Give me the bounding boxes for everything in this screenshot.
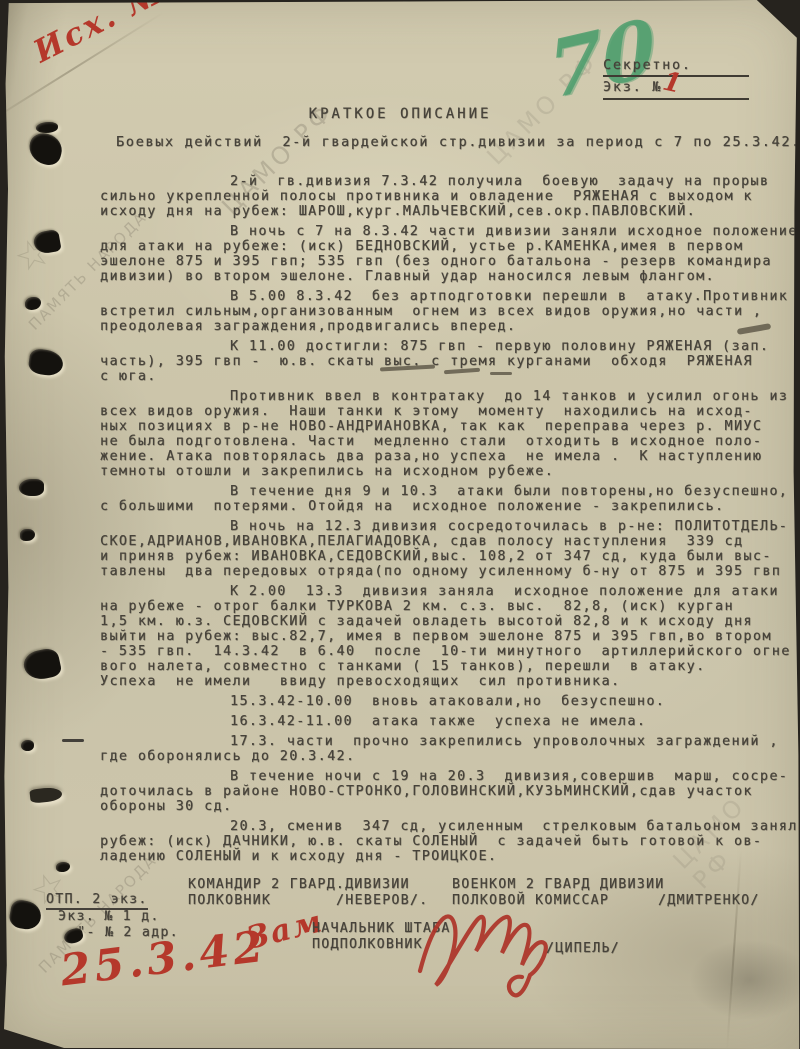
- punch-hole: [27, 348, 64, 377]
- copies-note-line: Экз. № 1 д.: [58, 909, 160, 924]
- paragraph-line: В ночь на 12.3 дивизия сосредоточилась в…: [100, 519, 794, 534]
- pencil-strike-mark: [490, 372, 512, 375]
- paragraph-line: на рубеже - отрог балки ТУРКОВА 2 км. с.…: [100, 599, 794, 614]
- paragraph-line: где оборонялись до 20.3.42.: [100, 749, 794, 764]
- punch-hole: [25, 297, 41, 310]
- paragraph-line: жение. Атака повторялась два раза,но усп…: [100, 449, 794, 464]
- paragraph: В ночь с 7 на 8.3.42 части дивизии занял…: [100, 224, 794, 284]
- paragraph-line: В течение дня 9 и 10.3 атаки были повтор…: [100, 484, 794, 499]
- paragraph-line: 15.3.42-10.00 вновь атаковали,но безуспе…: [100, 694, 794, 709]
- paragraph: В ночь на 12.3 дивизия сосредоточилась в…: [100, 519, 794, 579]
- paragraph: К 2.00 13.3 дивизия заняла исходное поло…: [100, 584, 794, 689]
- paragraph-line: - 535 гвп. 14.3.42 в 6.40 после 10-ти ми…: [100, 644, 794, 659]
- paragraph-line: встретил сильным,организованным огнем из…: [100, 304, 794, 319]
- paragraph: В 5.00 8.3.42 без артподготовки перешли …: [100, 289, 794, 334]
- punch-hole: [56, 862, 70, 872]
- commander-title: КОМАНДИР 2 ГВАРД.ДИВИЗИИ: [188, 877, 410, 892]
- paragraph-line: для атаки на рубеже: (иск) БЕДНОВСКИЙ, у…: [100, 239, 794, 254]
- punch-hole: [21, 740, 34, 751]
- paragraph-line: СКОЕ,АДРИАНОВ,ИВАНОВКА,ПЕЛАГИАДОВКА, сда…: [100, 534, 794, 549]
- paragraph-line: вого налета, совместно с танками ( 15 та…: [100, 659, 794, 674]
- paragraph-line: темноты отошли и закрепились на исходном…: [100, 464, 794, 479]
- paragraph-line: 2-й гв.дивизия 7.3.42 получила боевую за…: [100, 174, 794, 189]
- paragraph-line: доточилась в районе НОВО-СТРОНКО,ГОЛОВИН…: [100, 784, 794, 799]
- commissar-title: ВОЕНКОМ 2 ГВАРД ДИВИЗИИ: [452, 877, 665, 892]
- paragraph: 15.3.42-10.00 вновь атаковали,но безуспе…: [100, 694, 794, 709]
- punch-hole: [20, 529, 35, 541]
- paragraph: К 11.00 достигли: 875 гвп - первую полов…: [100, 339, 794, 384]
- paragraph-line: эшелоне 875 и 395 гвп; 535 гвп (без одно…: [100, 254, 794, 269]
- document-body: 2-й гв.дивизия 7.3.42 получила боевую за…: [100, 174, 794, 869]
- paragraph-line: Успеха не имели ввиду превосходящих сил …: [100, 674, 794, 689]
- paragraph-line: исходу дня на рубеж: ШАРОШ,кург.МАЛЬЧЕВС…: [100, 204, 794, 219]
- paragraph-line: 20.3, сменив 347 сд, усиленным стрелковы…: [100, 819, 794, 834]
- punch-hole: [32, 229, 61, 255]
- punch-hole: [19, 479, 44, 496]
- paragraph-line: 1,5 км. ю.з. СЕДОВСКИЙ с задачей овладет…: [100, 614, 794, 629]
- paragraph: 16.3.42-11.00 атака также успеха не имел…: [100, 714, 794, 729]
- paragraph-line: В ночь с 7 на 8.3.42 части дивизии занял…: [100, 224, 794, 239]
- paragraph-line: преодолевая заграждения,продвигались впе…: [100, 319, 794, 334]
- paragraph-line: ладению СОЛЕНЫЙ и к исходу дня - ТРОИЦКО…: [100, 849, 794, 864]
- punch-hole: [63, 927, 85, 945]
- paragraph-line: В 5.00 8.3.42 без артподготовки перешли …: [100, 289, 794, 304]
- paragraph-line: обороны 30 сд.: [100, 799, 794, 814]
- paragraph-line: рубеж: (иск) ДАЧНИКИ, ю.в. скаты СОЛЕНЫЙ…: [100, 834, 794, 849]
- punch-hole: [36, 122, 58, 133]
- paragraph-line: сильно укрепленной полосы противника и о…: [100, 189, 794, 204]
- commander-rank: ПОЛКОВНИК: [188, 893, 271, 908]
- paragraph-line: Противник ввел в контратаку до 14 танков…: [100, 389, 794, 404]
- punch-hole: [8, 899, 43, 932]
- punch-hole: [29, 786, 62, 803]
- paragraph-line: ных позициях в р-не НОВО-АНДРИАНОВКА, та…: [100, 419, 794, 434]
- paragraph: Противник ввел в контратаку до 14 танков…: [100, 389, 794, 479]
- paragraph-line: тавлены два передовых отряда(по одному у…: [100, 564, 794, 579]
- smudge-mark: [690, 940, 800, 1020]
- chief-of-staff-rank: ПОДПОЛКОВНИК: [312, 937, 423, 952]
- paragraph-line: К 2.00 13.3 дивизия заняла исходное поло…: [100, 584, 794, 599]
- paragraph: 17.3. части прочно закрепились упроволоч…: [100, 734, 794, 764]
- paragraph-line: всех видов оружия. Наши танки к этому мо…: [100, 404, 794, 419]
- document-title: КРАТКОЕ ОПИСАНИЕ: [0, 106, 800, 122]
- commissar-name: /ДМИТРЕНКО/: [658, 893, 760, 908]
- paragraph-line: дивизии) во втором эшелоне. Главный удар…: [100, 269, 794, 284]
- paragraph-line: часть), 395 гвп - ю.в. скаты выс. с трем…: [100, 354, 794, 369]
- paragraph-line: не была подготовлена. Части медленно ста…: [100, 434, 794, 449]
- paragraph: В течение дня 9 и 10.3 атаки были повтор…: [100, 484, 794, 514]
- paragraph-line: выйти на рубеж: выс.82,7, имея в первом …: [100, 629, 794, 644]
- punch-hole: [21, 647, 62, 683]
- punch-hole: [26, 130, 66, 168]
- paragraph-line: 17.3. части прочно закрепились упроволоч…: [100, 734, 794, 749]
- paragraph: В течение ночи с 19 на 20.3 дивизия,сове…: [100, 769, 794, 814]
- copies-note-line: ОТП. 2 экз.: [46, 892, 148, 910]
- paragraph-line: с большими потерями. Отойдя на исходное …: [100, 499, 794, 514]
- paragraph-line: 16.3.42-11.00 атака также успеха не имел…: [100, 714, 794, 729]
- document-subtitle: Боевых действий 2-й гвардейской стр.диви…: [116, 134, 800, 150]
- outgoing-number-handwritten: Исх. № 028: [28, 0, 247, 70]
- paragraph-line: В течение ночи с 19 на 20.3 дивизия,сове…: [100, 769, 794, 784]
- paragraph-line: К 11.00 достигли: 875 гвп - первую полов…: [100, 339, 794, 354]
- margin-dash-annotation: [62, 739, 84, 742]
- signature-autograph: [412, 891, 562, 1001]
- document-page: ЦАМО РФ ЦАМО РФ ЦАМО РФ ☆ ПАМЯТЬ НАРОДА …: [0, 0, 800, 1049]
- paragraph: 2-й гв.дивизия 7.3.42 получила боевую за…: [100, 174, 794, 219]
- paragraph: 20.3, сменив 347 сд, усиленным стрелковы…: [100, 819, 794, 864]
- paragraph-line: и приняв рубеж: ИВАНОВКА,СЕДОВСКИЙ,выс. …: [100, 549, 794, 564]
